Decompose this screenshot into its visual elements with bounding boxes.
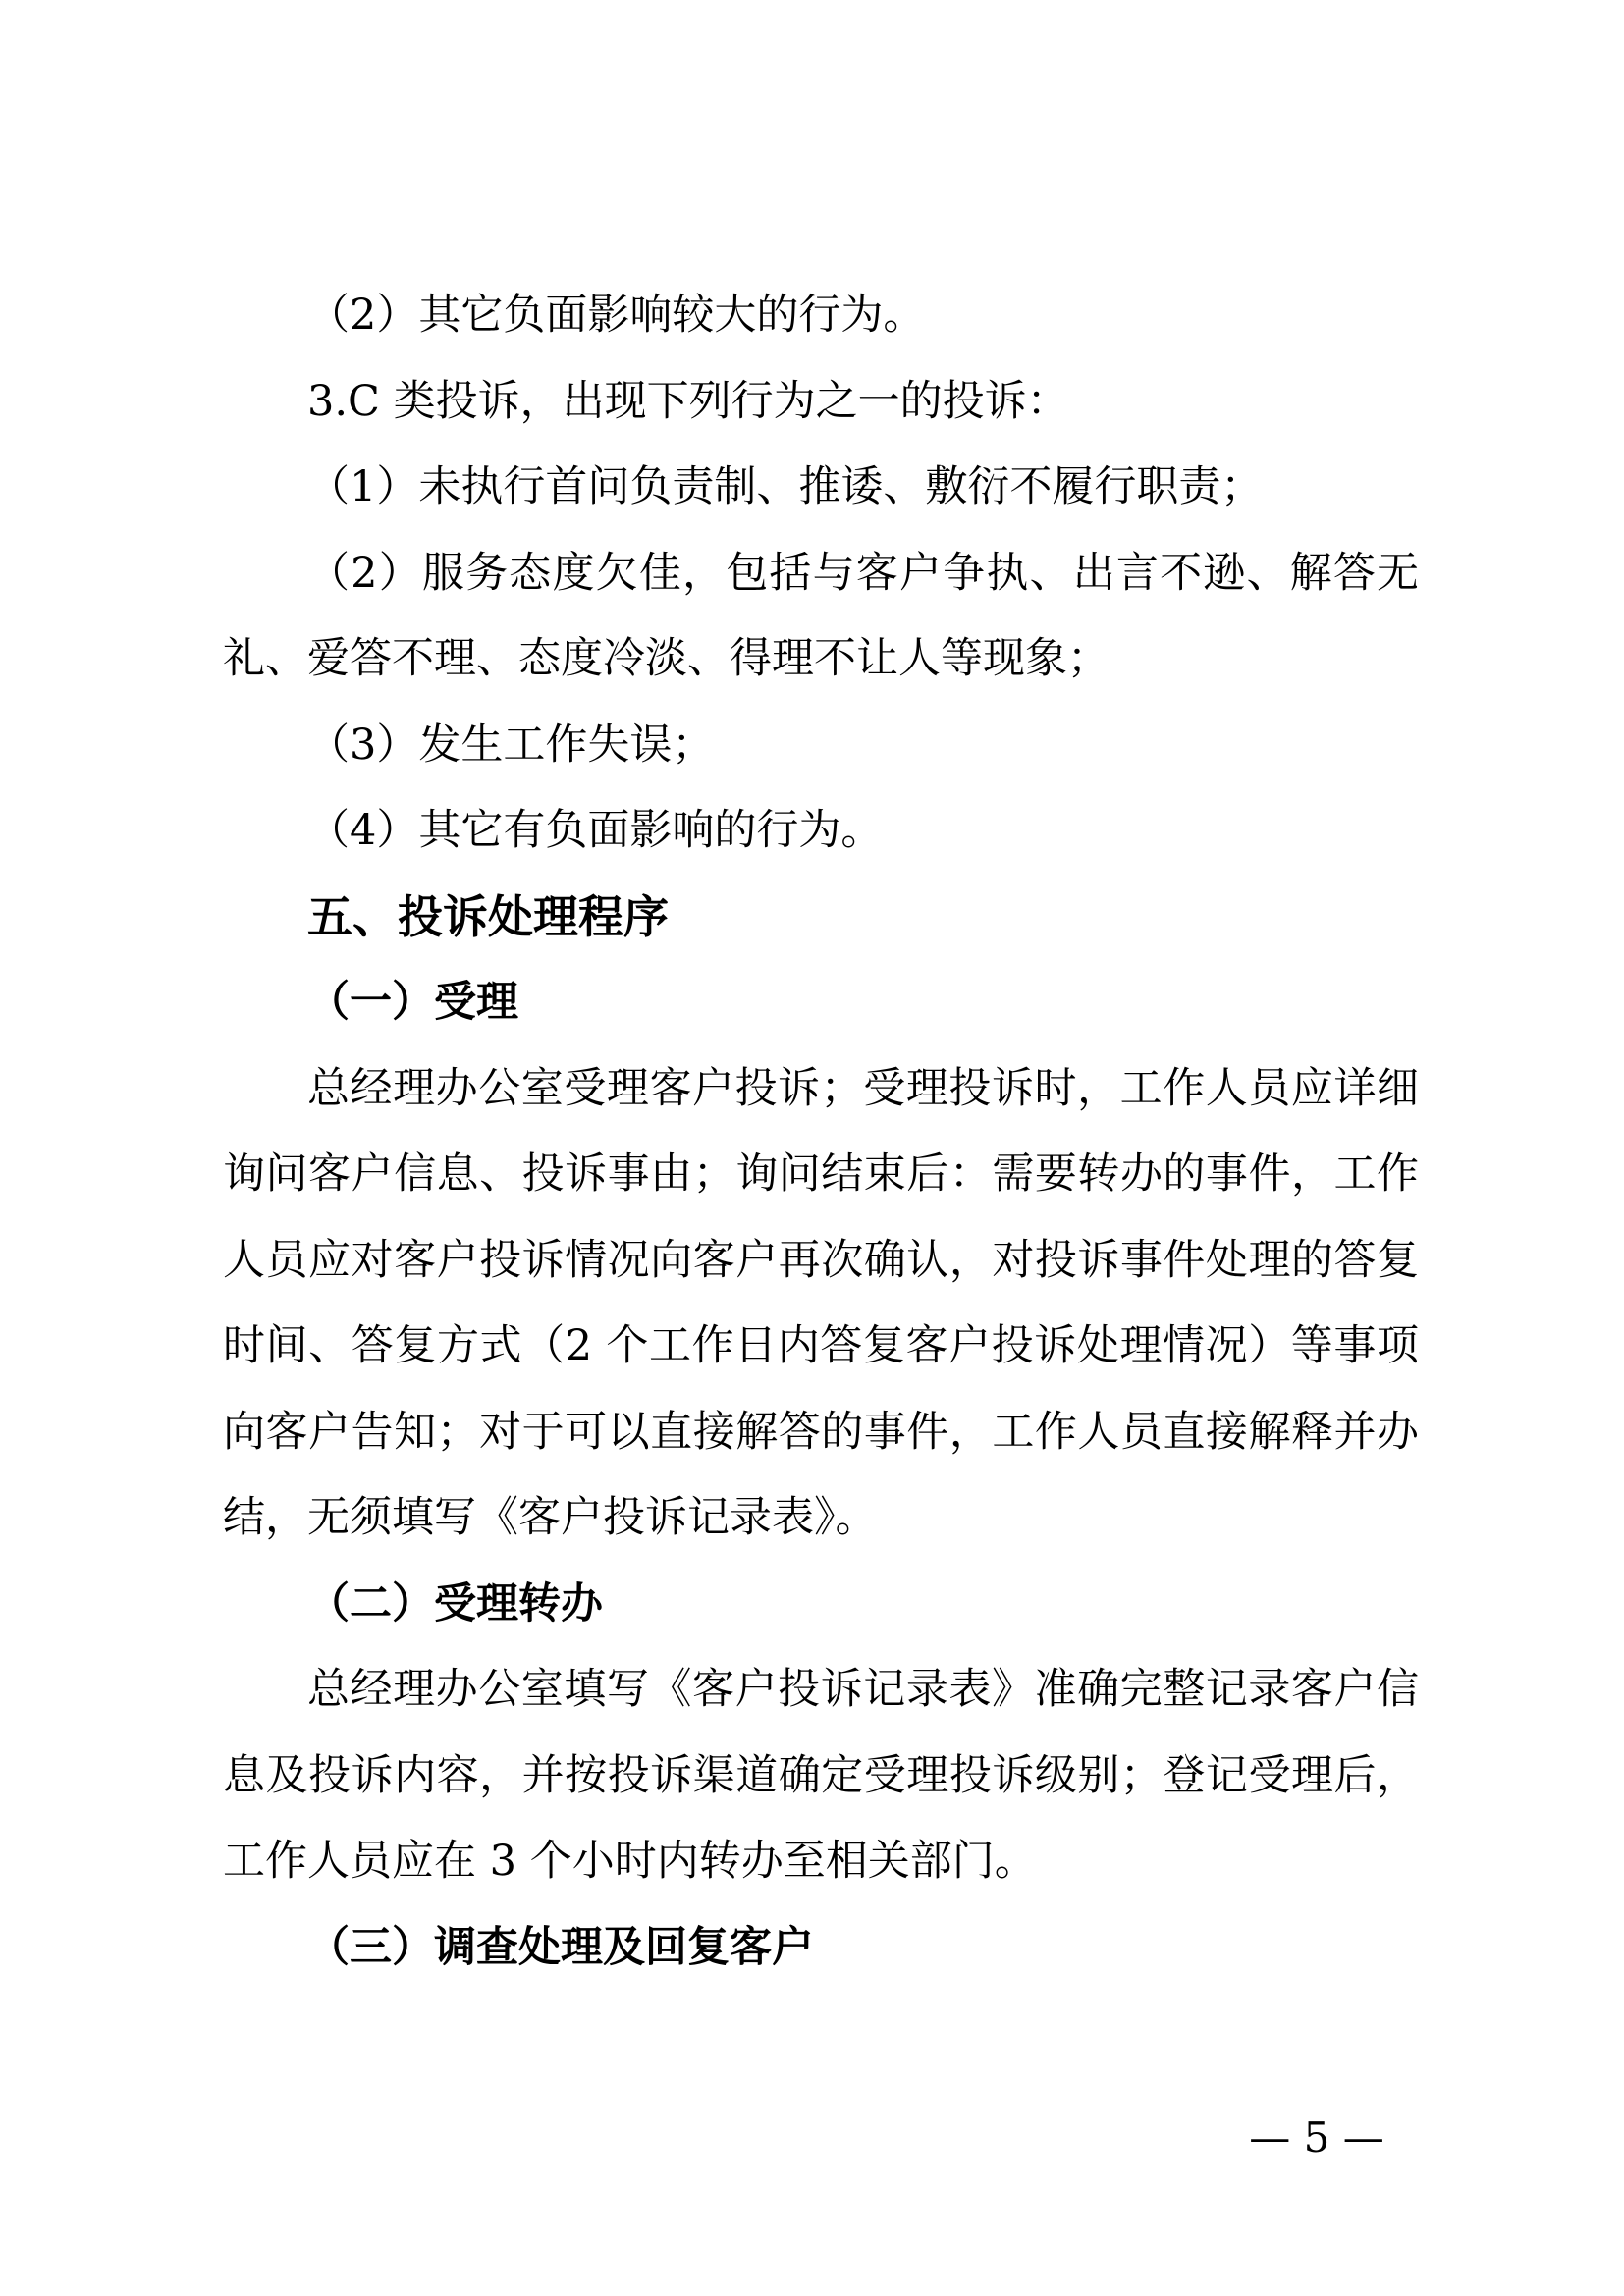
text-line: （2）服务态度欠佳，包括与客户争执、出言不逊、解答无: [223, 531, 1419, 617]
text-line: （1）未执行首问负责制、推诿、敷衍不履行职责；: [223, 445, 1419, 531]
text-line: 结，无须填写《客户投诉记录表》。: [223, 1475, 1419, 1562]
text-line: 总经理办公室受理客户投诉；受理投诉时，工作人员应详细: [223, 1046, 1419, 1133]
text-line: 3.C 类投诉，出现下列行为之一的投诉：: [223, 359, 1419, 446]
text-line: （4）其它有负面影响的行为。: [223, 788, 1419, 875]
text-line: 息及投诉内容，并按投诉渠道确定受理投诉级别；登记受理后，: [223, 1734, 1419, 1820]
text-line: 询问客户信息、投诉事由；询问结束后：需要转办的事件，工作: [223, 1132, 1419, 1218]
text-line: 工作人员应在 3 个小时内转办至相关部门。: [223, 1819, 1419, 1905]
document-body: （2）其它负面影响较大的行为。3.C 类投诉，出现下列行为之一的投诉：（1）未执…: [223, 273, 1419, 1991]
text-line: 礼、爱答不理、态度冷淡、得理不让人等现象；: [223, 616, 1419, 703]
text-line: （3）发生工作失误；: [223, 703, 1419, 789]
text-line: 向客户告知；对于可以直接解答的事件，工作人员直接解释并办: [223, 1390, 1419, 1476]
subsection-heading: （二）受理转办: [223, 1562, 1419, 1648]
text-line: 总经理办公室填写《客户投诉记录表》准确完整记录客户信: [223, 1647, 1419, 1734]
subsection-heading: （一）受理: [223, 960, 1419, 1046]
page-number: — 5 —: [1218, 2113, 1415, 2162]
text-line: （2）其它负面影响较大的行为。: [223, 273, 1419, 359]
section-heading: 五、投诉处理程序: [223, 875, 1419, 961]
subsection-heading: （三）调查处理及回复客户: [223, 1905, 1419, 1992]
document-page: （2）其它负面影响较大的行为。3.C 类投诉，出现下列行为之一的投诉：（1）未执…: [0, 0, 1624, 2296]
text-line: 人员应对客户投诉情况向客户再次确认，对投诉事件处理的答复: [223, 1218, 1419, 1305]
text-line: 时间、答复方式（2 个工作日内答复客户投诉处理情况）等事项: [223, 1304, 1419, 1390]
